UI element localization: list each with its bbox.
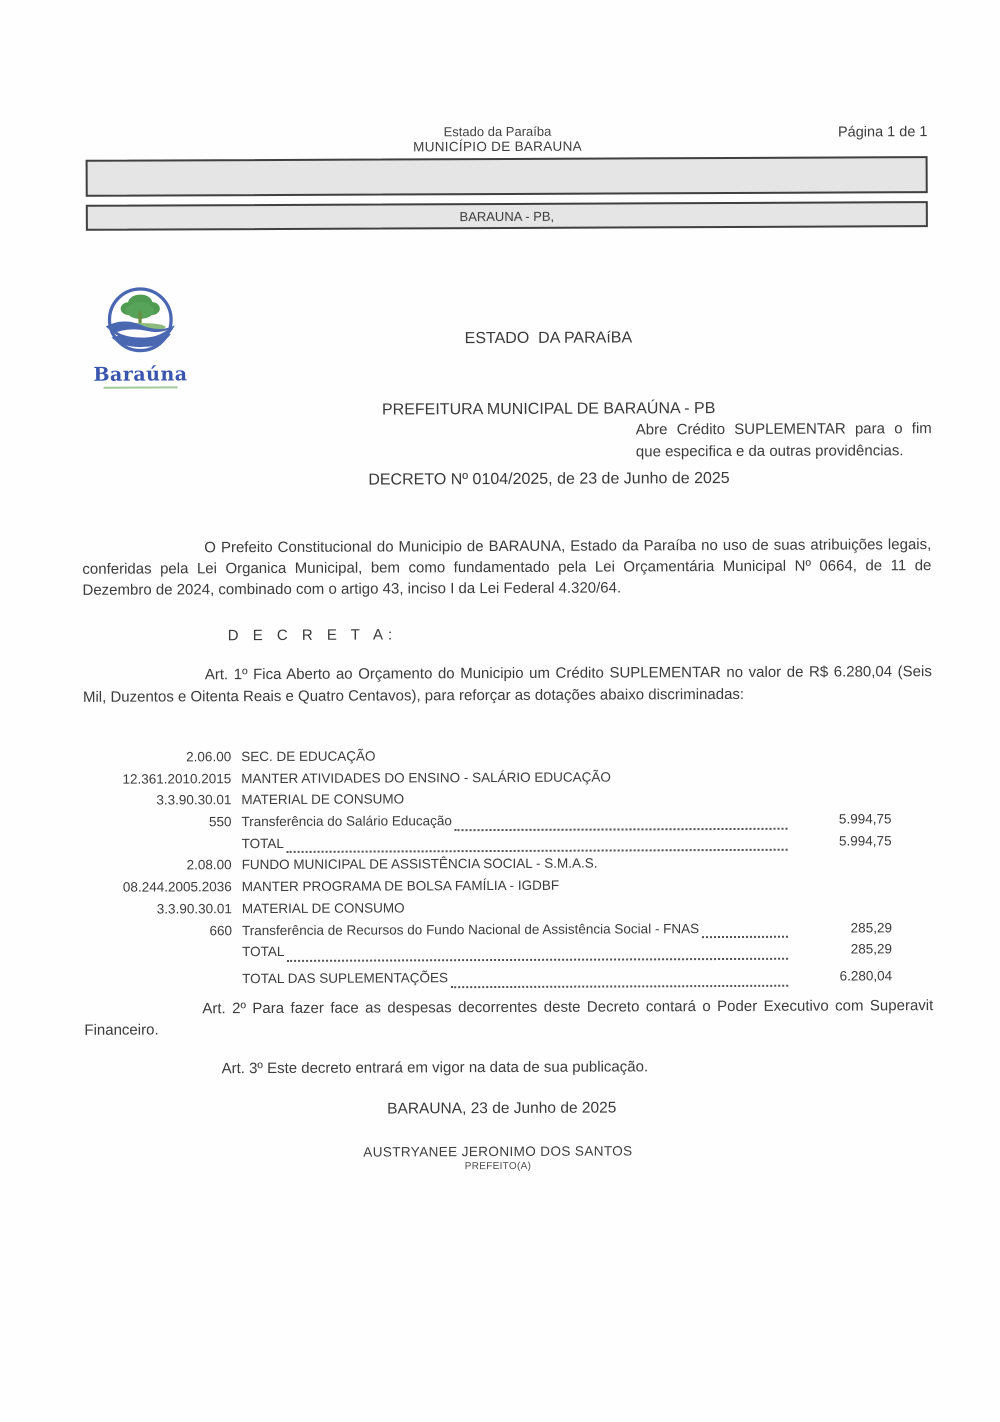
description-cell: Transferência de Recursos do Fundo Nacio…	[242, 921, 699, 938]
budget-table: 2.06.00SEC. DE EDUCAÇÃO12.361.2010.2015M…	[83, 746, 892, 993]
page-indicator: Página 1 de 1	[838, 124, 928, 140]
description-cell: Transferência do Salário Educação	[241, 813, 451, 829]
article-1: Art. 1º Fica Aberto ao Orçamento do Muni…	[83, 661, 932, 708]
code-cell	[84, 956, 242, 957]
description-cell: TOTAL	[242, 836, 284, 851]
value-cell: 285,29	[792, 920, 892, 935]
value-cell: 5.994,75	[791, 811, 891, 826]
value-cell: 6.280,04	[792, 968, 892, 983]
description-cell: TOTAL	[242, 944, 284, 959]
spacer	[598, 867, 792, 868]
spacer	[404, 802, 791, 804]
article-2: Art. 2º Para fazer face as despesas deco…	[84, 995, 933, 1041]
title-line-state: ESTADO DA PARAíBA	[168, 325, 928, 352]
decree-title: ESTADO DA PARAíBA PREFEITURA MUNICIPAL D…	[168, 278, 929, 540]
dateline: BARAUNA, 23 de Junho de 2025	[2, 1098, 1000, 1120]
description-cell: MATERIAL DE CONSUMO	[242, 900, 405, 916]
code-cell	[84, 848, 242, 849]
code-cell: 2.08.00	[84, 858, 242, 874]
spacer	[611, 780, 791, 781]
spacer	[405, 911, 792, 913]
header-bar-empty	[86, 156, 928, 197]
description-cell: MANTER PROGRAMA DE BOLSA FAMÍLIA - IGDBF	[242, 878, 559, 894]
value-cell: 285,29	[792, 941, 892, 956]
description-cell: FUNDO MUNICIPAL DE ASSISTÊNCIA SOCIAL - …	[242, 856, 598, 873]
leader-dots	[287, 849, 788, 853]
decreta-heading: D E C R E T A:	[228, 626, 398, 644]
signature-role: PREFEITO(A)	[2, 1159, 994, 1174]
value-cell: 5.994,75	[792, 833, 892, 848]
leader-dots	[287, 958, 788, 962]
scanned-sheet: Estado da Paraíba MUNICÍPIO DE BARAUNA P…	[0, 0, 1000, 1422]
logo-rule	[104, 386, 178, 388]
description-cell: MANTER ATIVIDADES DO ENSINO - SALÁRIO ED…	[241, 769, 611, 786]
header-bar-city: BARAUNA - PB,	[86, 201, 928, 231]
table-row: TOTAL DAS SUPLEMENTAÇÕES6.280,04	[84, 968, 892, 993]
code-cell	[84, 983, 242, 984]
signature-block: AUSTRYANEE JERONIMO DOS SANTOS PREFEITO(…	[2, 1142, 994, 1174]
code-cell: 12.361.2010.2015	[83, 771, 241, 787]
spacer	[375, 759, 791, 761]
title-line-decreto: DECRETO Nº 0104/2025, de 23 de Junho de …	[169, 466, 929, 493]
code-cell: 550	[83, 814, 241, 830]
preamble-paragraph: O Prefeito Constitucional do Municipio d…	[82, 534, 931, 601]
leader-dots	[455, 827, 788, 830]
code-cell: 660	[84, 923, 242, 939]
document-page: Estado da Paraíba MUNICÍPIO DE BARAUNA P…	[0, 0, 1000, 1422]
code-cell: 3.3.90.30.01	[84, 901, 242, 917]
description-cell: SEC. DE EDUCAÇÃO	[241, 749, 375, 765]
article-3: Art. 3º Este decreto entrará em vigor na…	[222, 1058, 649, 1077]
spacer	[559, 889, 792, 890]
signature-name: AUSTRYANEE JERONIMO DOS SANTOS	[2, 1142, 994, 1161]
epigraph: Abre Crédito SUPLEMENTAR para o fim que …	[636, 418, 932, 463]
code-cell: 2.06.00	[83, 749, 241, 765]
description-cell: TOTAL DAS SUPLEMENTAÇÕES	[242, 970, 448, 986]
leader-dots	[702, 936, 788, 938]
table-row: TOTAL285,29	[84, 941, 892, 966]
code-cell: 3.3.90.30.01	[83, 793, 241, 809]
description-cell: MATERIAL DE CONSUMO	[241, 792, 404, 808]
leader-dots	[451, 984, 788, 987]
code-cell: 08.244.2005.2036	[84, 879, 242, 895]
